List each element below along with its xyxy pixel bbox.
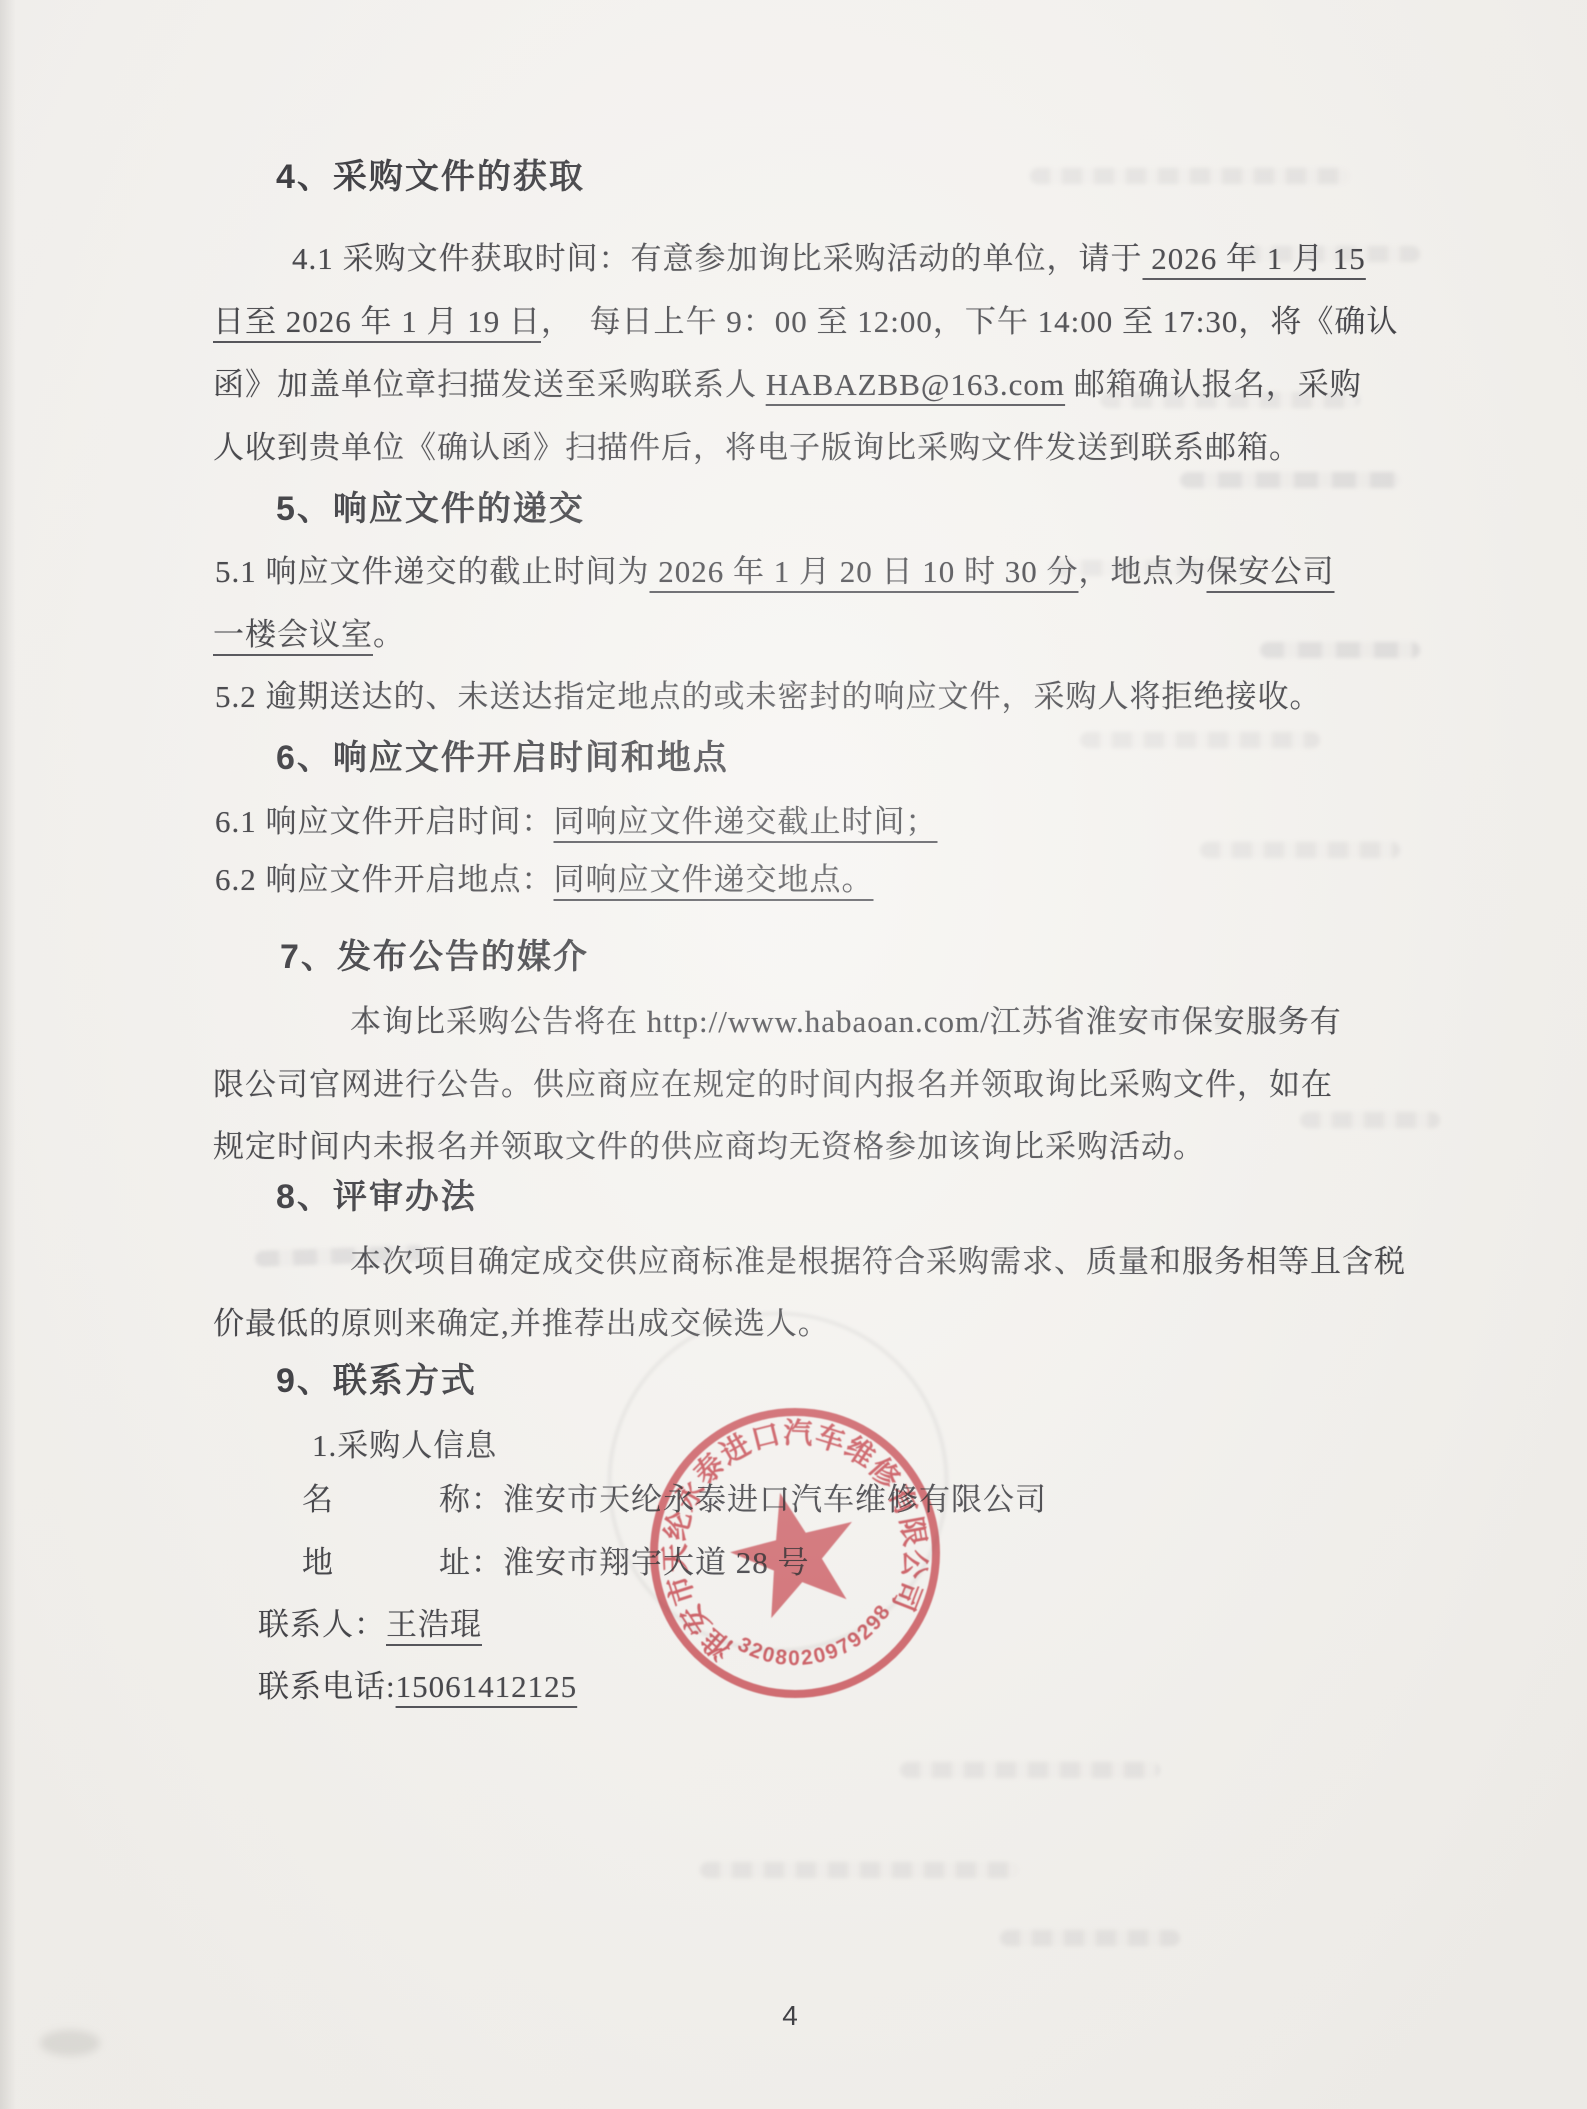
section-6-heading: 6、响应文件开启时间和地点	[276, 741, 729, 775]
purchaser-info-subtitle: 1.采购人信息	[312, 1430, 497, 1461]
section-5-heading: 5、响应文件的递交	[276, 492, 585, 526]
name-label-b: 称：	[439, 1482, 503, 1517]
clause-5-2: 5.2 逾期送达的、未送达指定地点的或未密封的响应文件，采购人将拒绝接收。	[215, 681, 1322, 712]
submission-place2-underlined: 一楼会议室	[213, 617, 373, 652]
clause-4-1-line-1-text: 4.1 采购文件获取时间：有意参加询比采购活动的单位，请于	[292, 241, 1143, 276]
clause-5-1-line-2: 一楼会议室。	[213, 619, 405, 650]
scan-artifact	[1080, 732, 1320, 748]
clause-4-1-line-2-text: ， 每日上午 9：00 至 12:00，下午 14:00 至 17:30，将《确…	[541, 304, 1398, 339]
scan-artifact	[1180, 472, 1400, 488]
clause-6-1: 6.1 响应文件开启时间：同响应文件递交截止时间；	[215, 806, 938, 837]
scan-artifact	[1240, 246, 1420, 262]
clause-6-2-label: 6.2 响应文件开启地点：	[215, 862, 554, 897]
page-number: 4	[770, 2000, 810, 2032]
stamp-registration-code: 3208020979298	[730, 1596, 905, 1687]
opening-time-underlined: 同响应文件递交截止时间；	[554, 804, 938, 839]
phone-label: 联系电话:	[258, 1669, 396, 1704]
clause-4-1-line-3-text: 函》加盖单位章扫描发送至采购联系人	[213, 367, 766, 402]
section-7-line-3: 规定时间内未报名并领取文件的供应商均无资格参加该询比采购活动。	[213, 1131, 1205, 1162]
stamp-star-icon	[719, 1478, 870, 1624]
submission-deadline-underlined: 2026 年 1 月 20 日 10 时 30 分	[650, 554, 1079, 589]
scan-artifact	[1120, 1012, 1300, 1028]
scan-artifact	[1200, 842, 1400, 858]
section-7-heading: 7、发布公告的媒介	[280, 940, 589, 974]
addr-label-b: 址：	[439, 1545, 503, 1580]
clause-4-1-line-4: 人收到贵单位《确认函》扫描件后，将电子版询比采购文件发送到联系邮箱。	[213, 432, 1301, 463]
date-end-underlined: 日至 2026 年 1 月 19 日	[213, 304, 541, 339]
contact-phone-row: 联系电话:15061412125	[258, 1671, 577, 1702]
addr-label-a: 地	[302, 1545, 334, 1580]
scan-artifact	[40, 2030, 100, 2056]
clause-4-1-line-1: 4.1 采购文件获取时间：有意参加询比采购活动的单位，请于 2026 年 1 月…	[292, 243, 1366, 274]
svg-text:3208020979298: 3208020979298	[730, 1596, 905, 1687]
clause-5-1-end: 。	[373, 617, 405, 652]
scan-artifact	[1100, 392, 1360, 408]
scan-artifact	[1030, 168, 1350, 184]
scan-artifact	[1260, 642, 1420, 658]
section-9-heading: 9、联系方式	[276, 1364, 477, 1398]
clause-4-1-line-2: 日至 2026 年 1 月 19 日， 每日上午 9：00 至 12:00，下午…	[213, 306, 1398, 337]
contact-phone-value: 15061412125	[396, 1669, 578, 1704]
scan-artifact	[1050, 560, 1250, 576]
section-4-heading: 4、采购文件的获取	[276, 160, 585, 194]
scanned-document-page: 4、采购文件的获取 4.1 采购文件获取时间：有意参加询比采购活动的单位，请于 …	[0, 0, 1587, 2109]
company-stamp: 淮安市天纶永泰进口汽车维修有限公司 3208020979298	[635, 1393, 955, 1713]
contact-label: 联系人：	[258, 1607, 386, 1642]
contact-person-row: 联系人：王浩琨	[258, 1609, 482, 1640]
name-label-a: 名	[302, 1482, 334, 1517]
section-8-line-1: 本次项目确定成交供应商标准是根据符合采购需求、质量和服务相等且含税	[350, 1246, 1406, 1277]
section-7-line-2: 限公司官网进行公告。供应商应在规定的时间内报名并领取询比采购文件，如在	[213, 1069, 1333, 1100]
opening-place-underlined: 同响应文件递交地点。	[554, 862, 874, 897]
clause-6-1-label: 6.1 响应文件开启时间：	[215, 804, 554, 839]
scan-artifact	[1000, 1930, 1180, 1946]
contact-person-value: 王浩琨	[386, 1607, 482, 1642]
clause-5-1-pre: 5.1 响应文件递交的截止时间为	[215, 554, 650, 589]
scan-artifact	[700, 1862, 1020, 1878]
scan-artifact	[1300, 1112, 1440, 1128]
scan-artifact	[900, 1762, 1160, 1778]
contact-email: HABAZBB@163.com	[766, 367, 1065, 402]
clause-6-2: 6.2 响应文件开启地点：同响应文件递交地点。	[215, 864, 874, 895]
section-8-heading: 8、评审办法	[276, 1180, 477, 1214]
